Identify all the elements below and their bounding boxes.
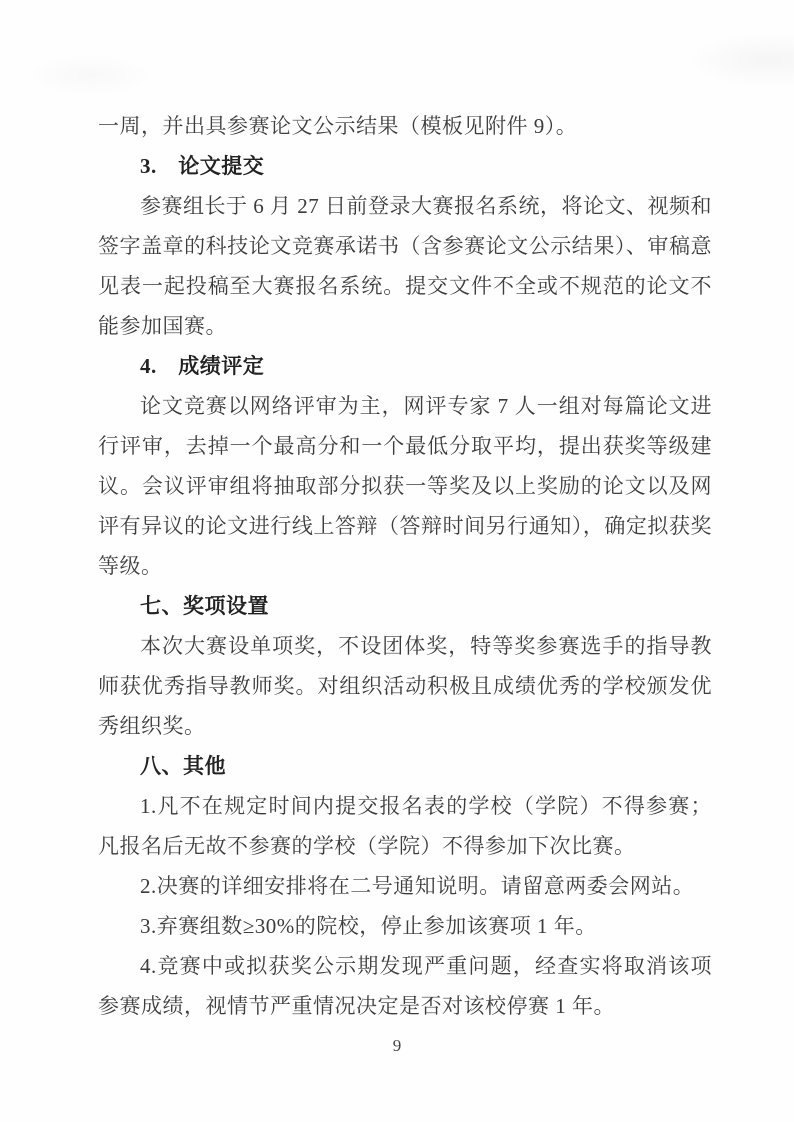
para-publicity-result: 一周，并出具参赛论文公示结果（模板见附件 9）。 bbox=[98, 106, 712, 146]
para-paper-submission: 参赛组长于 6 月 27 日前登录大赛报名系统，将论文、视频和签字盖章的科技论文… bbox=[98, 186, 712, 346]
heading-paper-submission: 3. 论文提交 bbox=[98, 146, 712, 186]
heading-others: 八、其他 bbox=[98, 746, 712, 786]
para-score-evaluation: 论文竞赛以网络评审为主，网评专家 7 人一组对每篇论文进行评审，去掉一个最高分和… bbox=[98, 386, 712, 586]
heading-award-setup: 七、奖项设置 bbox=[98, 586, 712, 626]
para-award-setup: 本次大赛设单项奖，不设团体奖，特等奖参赛选手的指导教师获优秀指导教师奖。对组织活… bbox=[98, 626, 712, 746]
heading-score-evaluation: 4. 成绩评定 bbox=[98, 346, 712, 386]
para-other-rule-3: 3.弃赛组数≥30%的院校，停止参加该赛项 1 年。 bbox=[98, 906, 712, 946]
page-content: 一周，并出具参赛论文公示结果（模板见附件 9）。 3. 论文提交 参赛组长于 6… bbox=[98, 106, 712, 1026]
page-number: 9 bbox=[0, 1034, 794, 1058]
para-other-rule-2: 2.决赛的详细安排将在二号通知说明。请留意两委会网站。 bbox=[98, 866, 712, 906]
document-page: 一周，并出具参赛论文公示结果（模板见附件 9）。 3. 论文提交 参赛组长于 6… bbox=[0, 0, 794, 1122]
para-other-rule-1: 1.凡不在规定时间内提交报名表的学校（学院）不得参赛；凡报名后无故不参赛的学校（… bbox=[98, 786, 712, 866]
para-other-rule-4: 4.竞赛中或拟获奖公示期发现严重问题，经查实将取消该项参赛成绩，视情节严重情况决… bbox=[98, 946, 712, 1026]
